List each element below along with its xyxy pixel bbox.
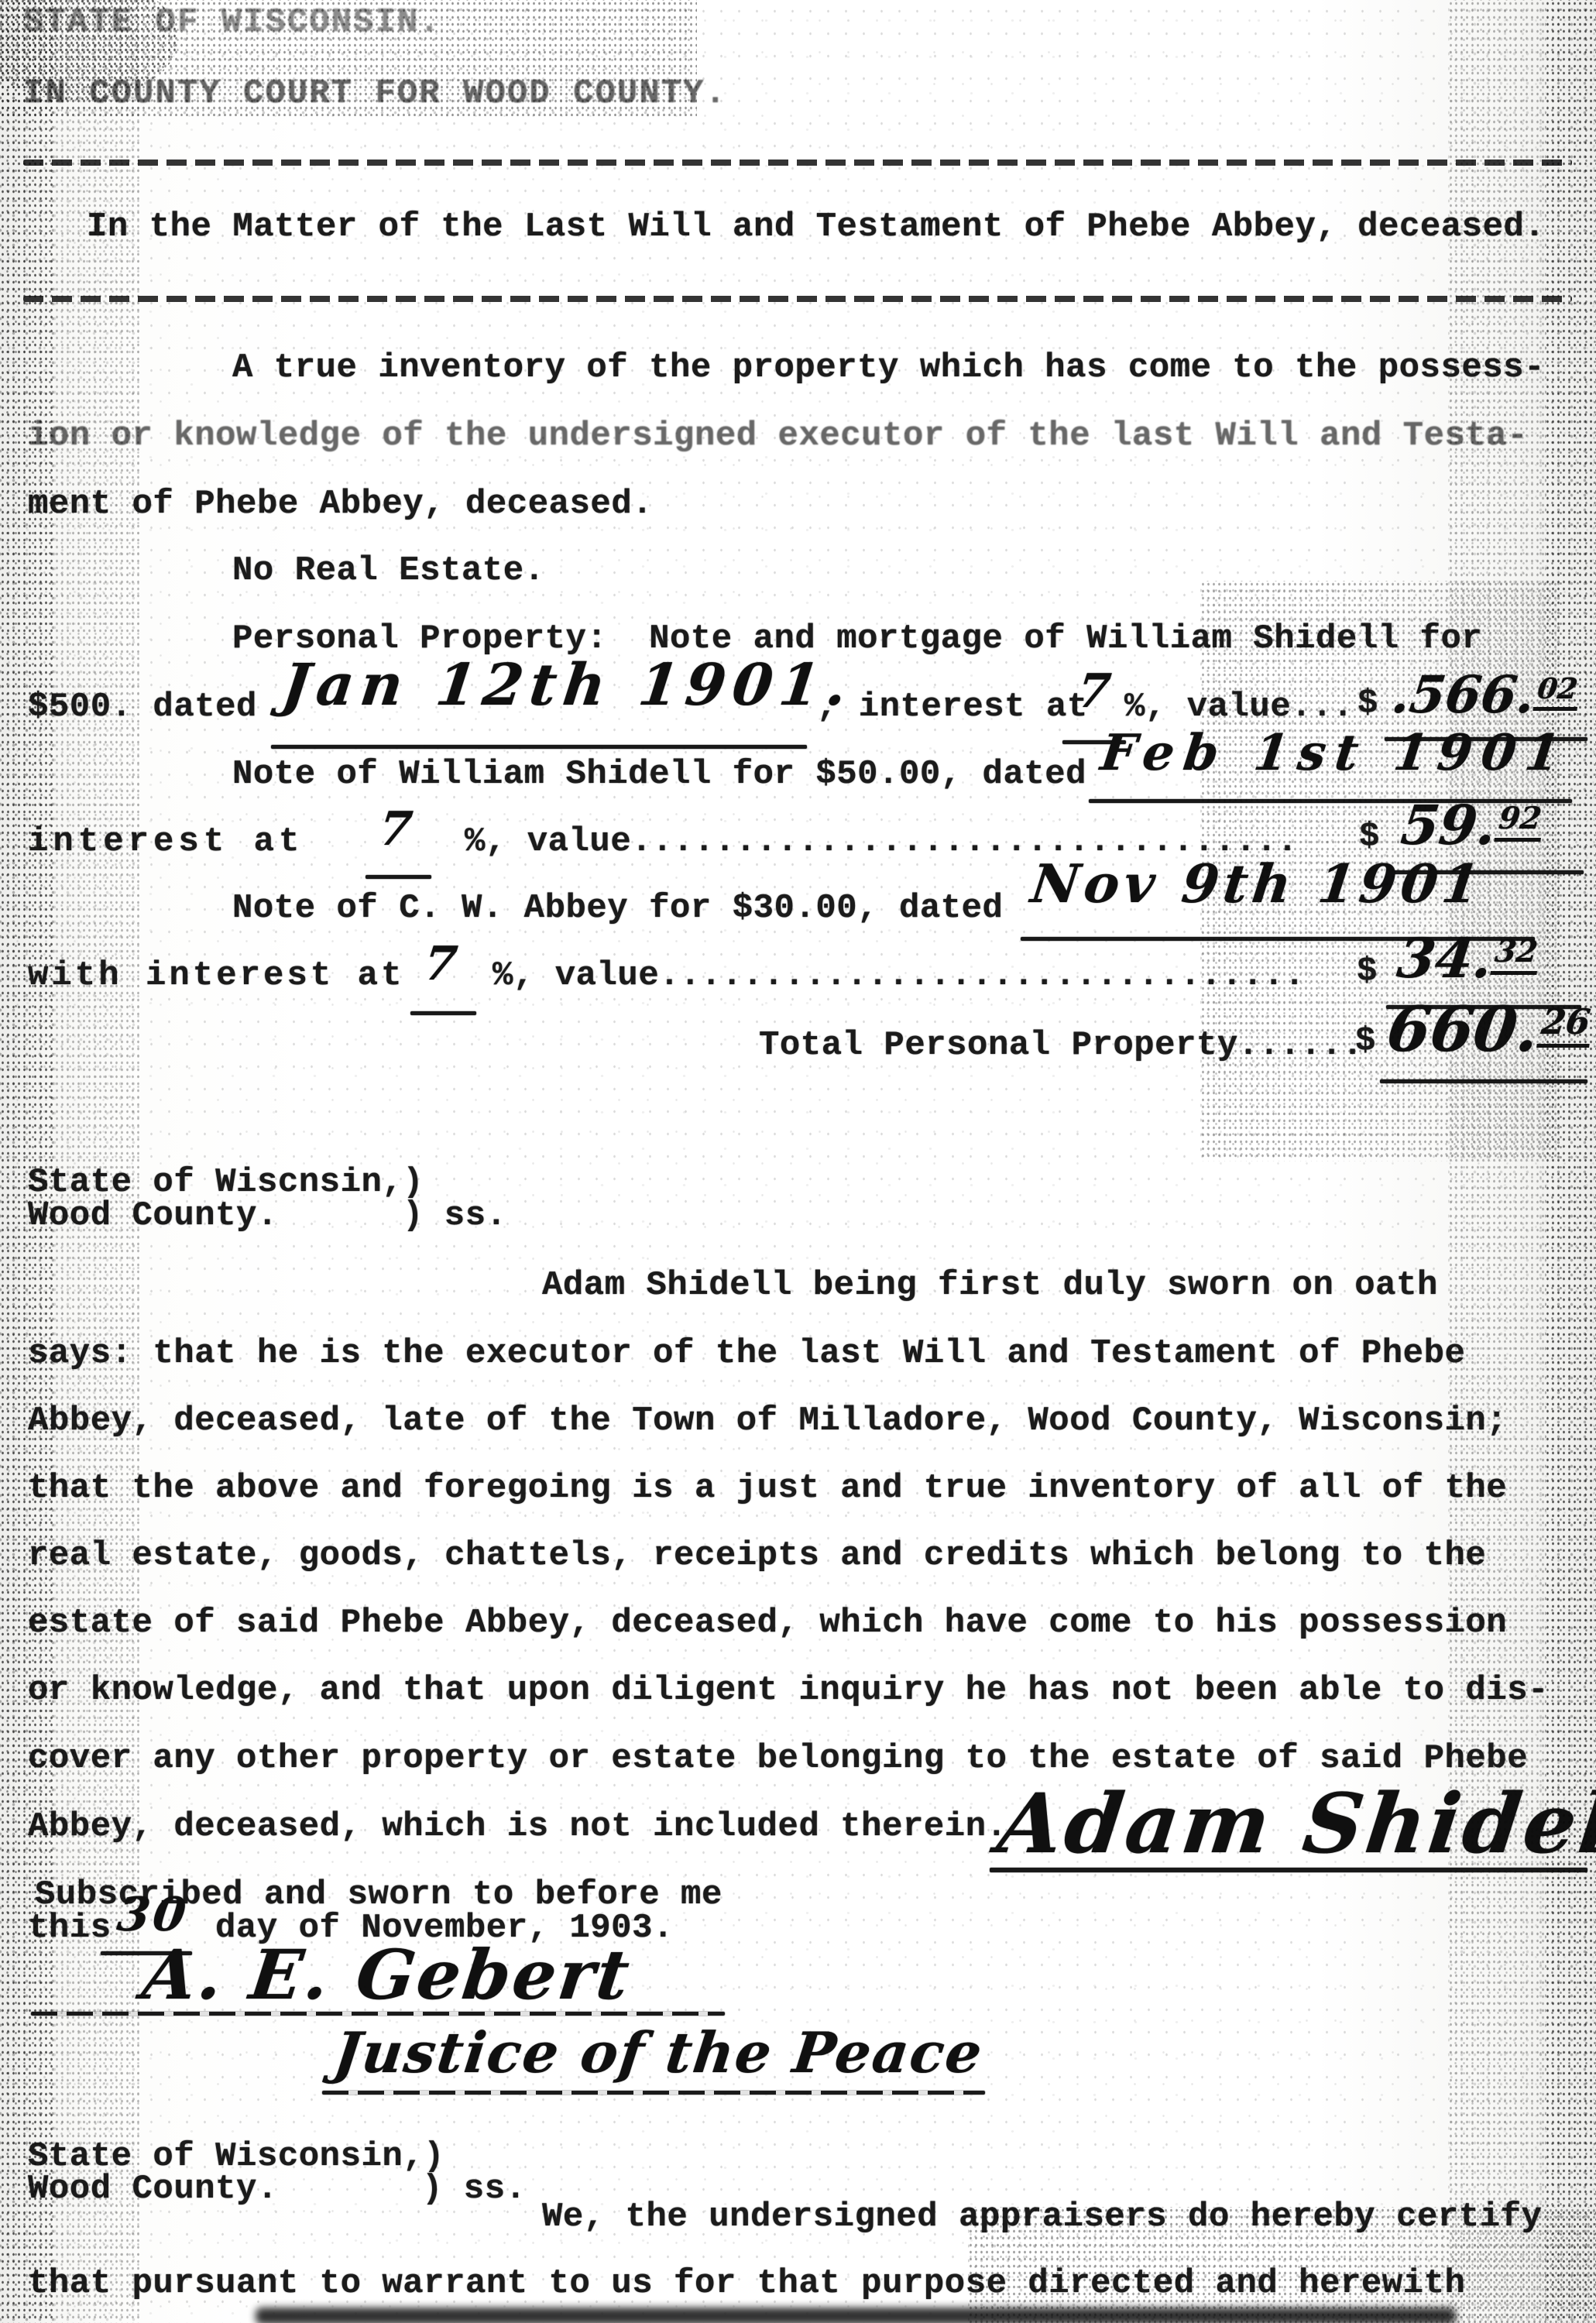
item2-rate-handwritten: 7 xyxy=(376,802,415,856)
item3-currency: $ xyxy=(1357,952,1378,992)
dashed-divider-caption xyxy=(23,296,1572,302)
venue1-county: Wood County. xyxy=(28,1196,278,1236)
scan-noise-left-fade xyxy=(54,0,139,2323)
item1-rate-handwritten: 7 xyxy=(1075,664,1114,719)
scan-smudge-bottom xyxy=(256,2308,1456,2323)
appraisers-line-1: We, the undersigned appraisers do hereby… xyxy=(542,2198,1542,2237)
notary-title-handwritten: Justice of the Peace xyxy=(331,2019,987,2085)
jurat-this: this xyxy=(28,1909,112,1948)
item1-prefix: $500. dated xyxy=(28,688,257,727)
affidavit-line: that the above and foregoing is a just a… xyxy=(28,1469,1507,1508)
total-amount-main: 660. xyxy=(1383,993,1543,1065)
scanned-probate-inventory-page: STATE OF WISCONSIN. IN COUNTY COURT FOR … xyxy=(0,0,1596,2323)
inventory-intro-line-1: A true inventory of the property which h… xyxy=(232,348,1545,388)
item3-rate-handwritten: 7 xyxy=(421,937,460,991)
item3-value-leader: %, value............................... xyxy=(493,956,1305,996)
venue2-county: Wood County. xyxy=(28,2170,278,2209)
inventory-intro-line-2: ion or knowledge of the undersigned exec… xyxy=(28,417,1528,456)
affidavit-line: Abbey, deceased, late of the Town of Mil… xyxy=(28,1402,1507,1441)
dashed-divider-top xyxy=(23,160,1572,166)
venue1-ss: ) ss. xyxy=(403,1196,507,1236)
total-currency: $ xyxy=(1355,1022,1376,1062)
item1-amount-cents: 02 xyxy=(1533,671,1582,711)
item3-interest-prefix: with interest at xyxy=(28,956,404,996)
affidavit-line: cover any other property or estate belon… xyxy=(28,1739,1528,1779)
item3-prefix: Note of C. W. Abbey for $30.00, dated xyxy=(232,889,1003,928)
item3-date-handwritten: Nov 9th 1901 xyxy=(1028,853,1488,915)
inventory-intro-line-3: ment of Phebe Abbey, deceased. xyxy=(28,485,653,524)
item2-date-handwritten: Feb 1st 1901 xyxy=(1097,724,1572,782)
item1-date-handwritten: Jan 12th 1901. xyxy=(279,652,858,719)
affidavit-line: real estate, goods, chattels, receipts a… xyxy=(28,1536,1486,1576)
item2-amount-main: 59. xyxy=(1398,793,1500,857)
state-caption-line: STATE OF WISCONSIN. xyxy=(23,3,441,43)
executor-signature-handwritten: Adam Shidell xyxy=(993,1775,1596,1872)
item2-rate-underline xyxy=(366,875,431,879)
appraisers-line-2: that pursuant to warrant to us for that … xyxy=(28,2264,1465,2304)
affidavit-line: or knowledge, and that upon diligent inq… xyxy=(28,1671,1549,1711)
case-caption: In the Matter of the Last Will and Testa… xyxy=(87,208,1545,247)
total-amount-cents: 26 xyxy=(1536,1001,1595,1048)
item3-rate-underline xyxy=(410,1011,476,1015)
no-real-estate-line: No Real Estate. xyxy=(232,551,545,591)
item2-amount-cents: 92 xyxy=(1494,801,1546,842)
affidavit-line: estate of said Phebe Abbey, deceased, wh… xyxy=(28,1604,1507,1643)
total-amount-underline xyxy=(1380,1079,1587,1083)
notary-signature-underline xyxy=(31,2012,725,2016)
item2-currency: $ xyxy=(1359,818,1380,857)
notary-signature-handwritten: A. E. Gebert xyxy=(139,1934,636,2015)
item3-amount-cents: 32 xyxy=(1490,934,1542,975)
court-caption-line: IN COUNTY COURT FOR WOOD COUNTY. xyxy=(23,74,727,114)
item1-amount-main: .566. xyxy=(1388,664,1538,725)
venue2-ss: ) ss. xyxy=(422,2170,527,2209)
item1-mid-text: , interest at xyxy=(817,688,1088,727)
affidavit-line: Adam Shidell being first duly sworn on o… xyxy=(542,1266,1438,1306)
item2-interest-prefix: interest at xyxy=(28,822,304,862)
scan-noise-right-edge xyxy=(1545,0,1596,2323)
item2-prefix: Note of William Shidell for $50.00, date… xyxy=(232,755,1086,794)
notary-title-underline xyxy=(322,2091,985,2095)
item1-currency: $ xyxy=(1357,685,1378,724)
item3-amount-handwritten: 34.32 xyxy=(1394,926,1543,990)
affidavit-line: Abbey, deceased, which is not included t… xyxy=(28,1807,1007,1847)
item1-post-text: %, value... xyxy=(1124,688,1354,727)
total-label: Total Personal Property...... xyxy=(759,1026,1363,1065)
item1-amount-handwritten: .566.02 xyxy=(1388,664,1583,725)
item1-date-underline xyxy=(271,745,807,749)
executor-signature-underline xyxy=(990,1868,1587,1872)
item3-amount-main: 34. xyxy=(1394,926,1496,990)
total-amount-handwritten: 660.26 xyxy=(1383,993,1596,1065)
affidavit-line: says: that he is the executor of the las… xyxy=(28,1334,1465,1374)
scan-noise-left-edge xyxy=(0,0,54,2323)
item2-amount-handwritten: 59.92 xyxy=(1398,793,1547,857)
